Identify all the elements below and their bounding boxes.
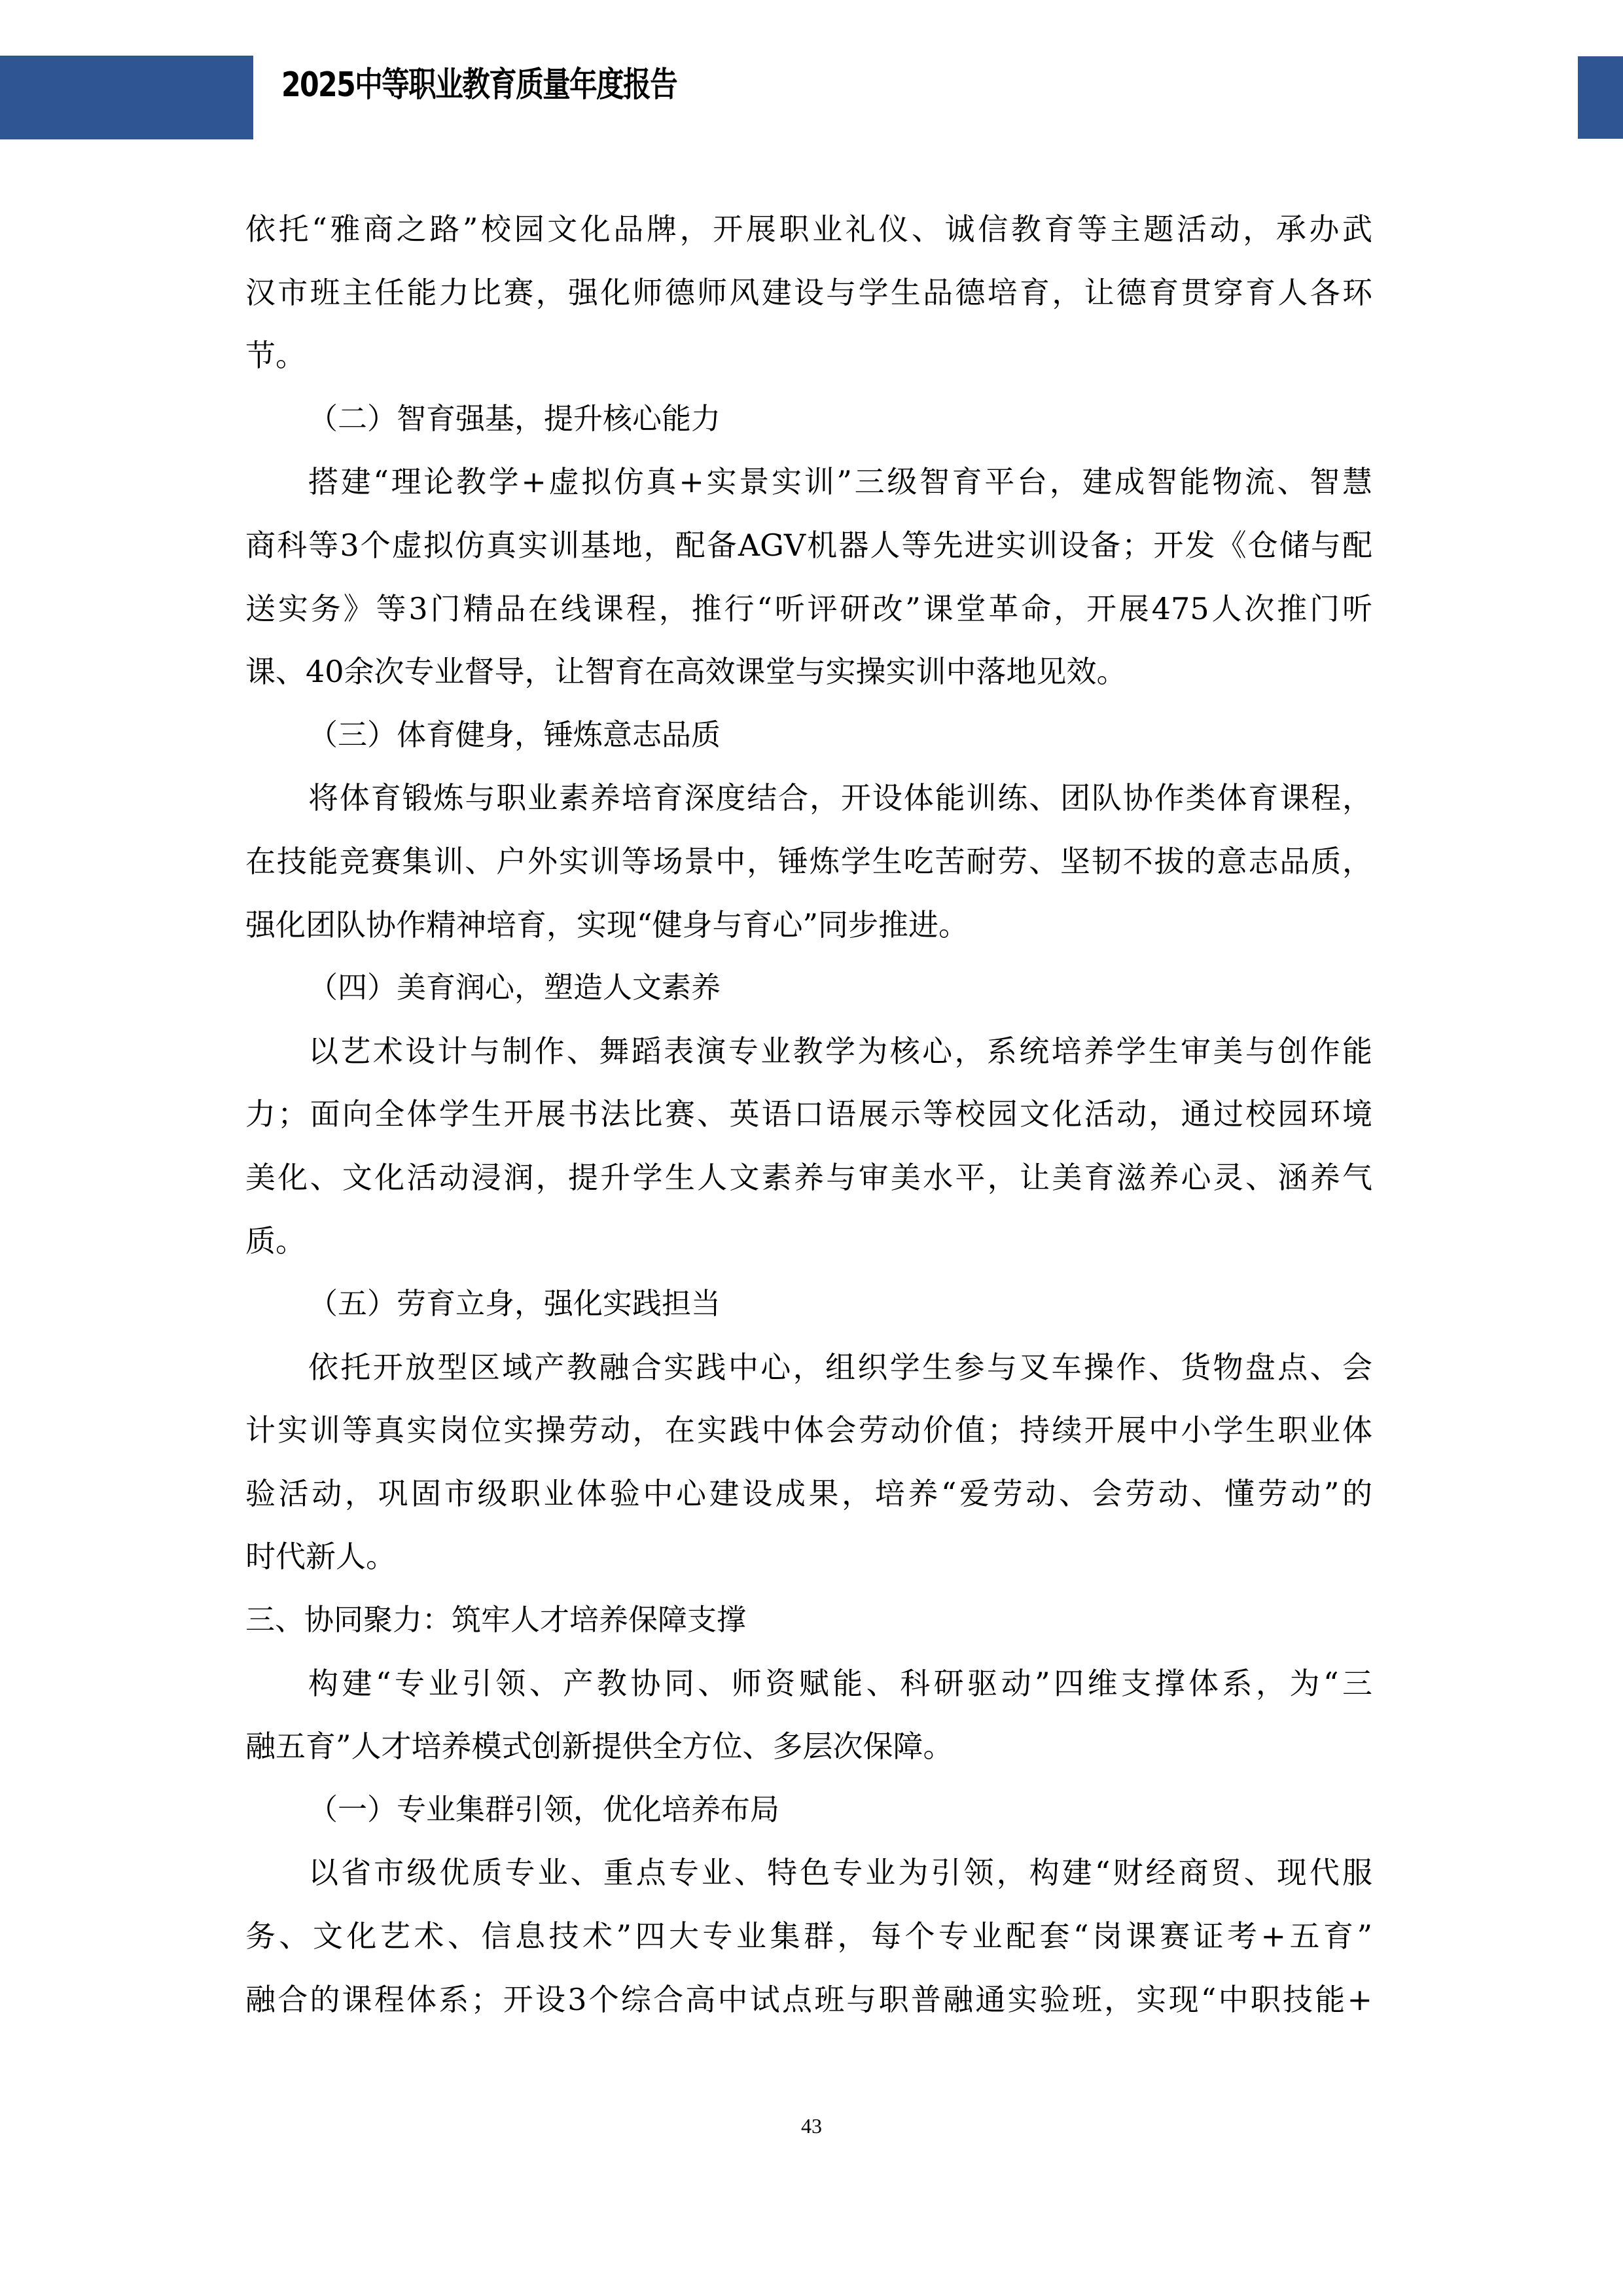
paragraph-line: 依托“雅商之路”校园文化品牌，开展职业礼仪、诚信教育等主题活动，承办武 (245, 198, 1372, 261)
subheading-labor-education: （五）劳育立身，强化实践担当 (245, 1272, 1372, 1336)
header-accent-bar-left (0, 56, 253, 139)
paragraph-line: 节。 (245, 324, 1372, 387)
paragraph-line: 以省市级优质专业、重点专业、特色专业为引领，构建“财经商贸、现代服 (245, 1841, 1372, 1905)
subheading-intellectual-education: （二）智育强基，提升核心能力 (245, 387, 1372, 451)
paragraph-line: 将体育锻炼与职业素养培育深度结合，开设体能训练、团队协作类体育课程， (245, 766, 1372, 830)
section-heading-collaborative-support: 三、协同聚力：筑牢人才培养保障支撑 (245, 1588, 1372, 1652)
paragraph-line: 融合的课程体系；开设3个综合高中试点班与职普融通实验班，实现“中职技能+ (245, 1968, 1372, 2032)
subheading-professional-clusters: （一）专业集群引领，优化培养布局 (245, 1778, 1372, 1842)
paragraph-line: 以艺术设计与制作、舞蹈表演专业教学为核心，系统培养学生审美与创作能 (245, 1020, 1372, 1083)
paragraph-line: 验活动，巩固市级职业体验中心建设成果，培养“爱劳动、会劳动、懂劳动”的 (245, 1462, 1372, 1526)
report-title: 2025中等职业教育质量年度报告 (281, 62, 677, 108)
paragraph-line: 时代新人。 (245, 1525, 1372, 1588)
page-body: 依托“雅商之路”校园文化品牌，开展职业礼仪、诚信教育等主题活动，承办武 汉市班主… (245, 198, 1372, 2031)
paragraph-line: 在技能竞赛集训、户外实训等场景中，锤炼学生吃苦耐劳、坚韧不拔的意志品质， (245, 830, 1372, 893)
paragraph-line: 美化、文化活动浸润，提升学生人文素养与审美水平，让美育滋养心灵、涵养气 (245, 1146, 1372, 1210)
paragraph-line: 依托开放型区域产教融合实践中心，组织学生参与叉车操作、货物盘点、会 (245, 1336, 1372, 1399)
paragraph-line: 融五育”人才培养模式创新提供全方位、多层次保障。 (245, 1715, 1372, 1778)
paragraph-line: 力；面向全体学生开展书法比赛、英语口语展示等校园文化活动，通过校园环境 (245, 1083, 1372, 1146)
paragraph-line: 强化团队协作精神培育，实现“健身与育心”同步推进。 (245, 893, 1372, 957)
header-accent-bar-right (1578, 56, 1623, 139)
subheading-physical-education: （三）体育健身，锤炼意志品质 (245, 704, 1372, 767)
paragraph-line: 计实训等真实岗位实操劳动，在实践中体会劳动价值；持续开展中小学生职业体 (245, 1399, 1372, 1462)
paragraph-line: 务、文化艺术、信息技术”四大专业集群，每个专业配套“岗课赛证考+五育” (245, 1905, 1372, 1968)
paragraph-line: 汉市班主任能力比赛，强化师德师风建设与学生品德培育，让德育贯穿育人各环 (245, 261, 1372, 325)
page-number: 43 (0, 2113, 1623, 2139)
paragraph-line: 搭建“理论教学+虚拟仿真+实景实训”三级智育平台，建成智能物流、智慧 (245, 450, 1372, 514)
subheading-aesthetic-education: （四）美育润心，塑造人文素养 (245, 956, 1372, 1020)
paragraph-line: 商科等3个虚拟仿真实训基地，配备AGV机器人等先进实训设备；开发《仓储与配 (245, 514, 1372, 577)
paragraph-line: 课、40余次专业督导，让智育在高效课堂与实操实训中落地见效。 (245, 640, 1372, 704)
paragraph-line: 构建“专业引领、产教协同、师资赋能、科研驱动”四维支撑体系，为“三 (245, 1652, 1372, 1715)
paragraph-line: 质。 (245, 1210, 1372, 1273)
paragraph-line: 送实务》等3门精品在线课程，推行“听评研改”课堂革命，开展475人次推门听 (245, 577, 1372, 641)
